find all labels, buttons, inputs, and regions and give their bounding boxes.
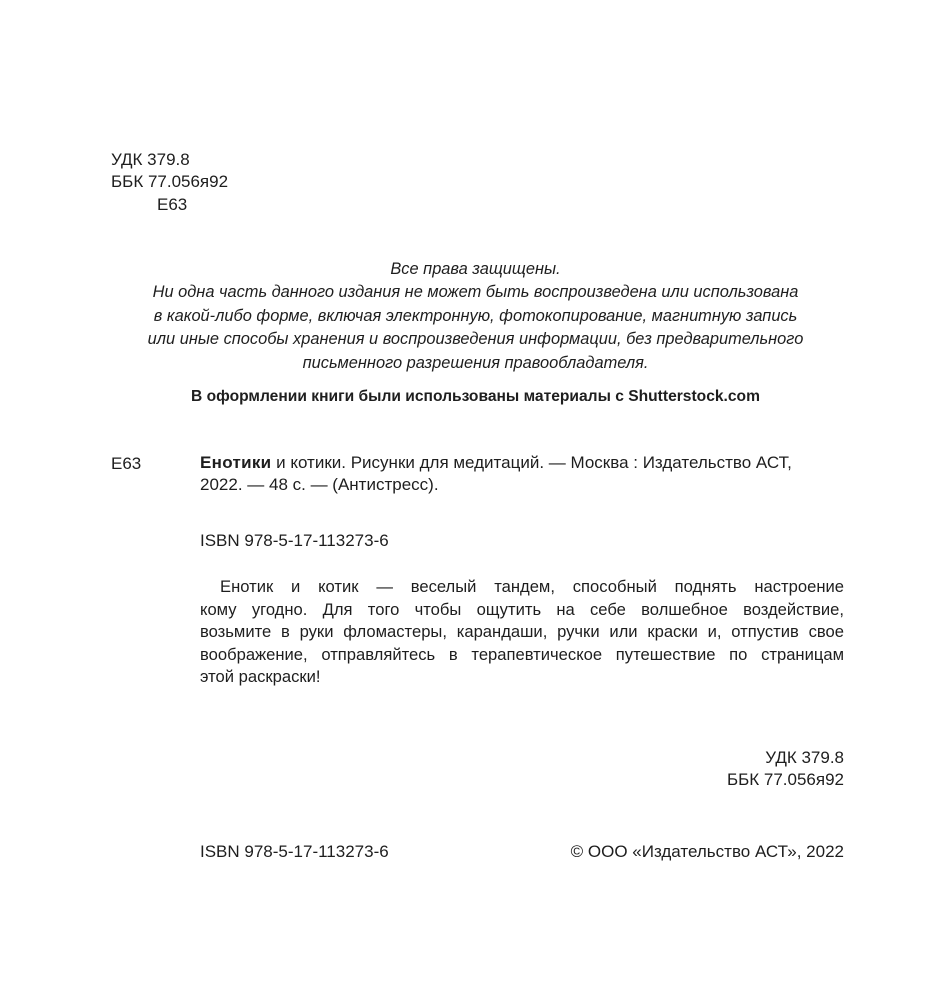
author-mark-record: Е63 [111, 454, 141, 474]
bbk-code-top: ББК 77.056я92 [111, 172, 228, 192]
rights-line: Все права защищены. [100, 258, 851, 281]
book-title-bold: Енотики [200, 453, 271, 472]
rights-line: в какой-либо форме, включая электронную,… [100, 305, 851, 328]
annotation-line: Енотик и котик — веселый тандем, способн… [200, 576, 844, 599]
isbn-footer: ISBN 978-5-17-113273-6 [200, 842, 389, 862]
rights-line: Ни одна часть данного издания не может б… [100, 281, 851, 304]
annotation-line: возьмите в руки фломастеры, карандаши, р… [200, 621, 844, 644]
bbk-code-bottom: ББК 77.056я92 [727, 770, 844, 790]
materials-note: В оформлении книги были использованы мат… [100, 388, 851, 406]
annotation: Енотик и котик — веселый тандем, способн… [200, 576, 844, 689]
rights-notice: Все права защищены. Ни одна часть данног… [100, 258, 851, 375]
copyright-notice: © ООО «Издательство АСТ», 2022 [571, 842, 844, 862]
udk-code-top: УДК 379.8 [111, 150, 190, 170]
rights-line: или иные способы хранения и воспроизведе… [100, 328, 851, 351]
isbn-main: ISBN 978-5-17-113273-6 [200, 531, 389, 551]
record-line-1: и котики. Рисунки для медитаций. — Москв… [271, 453, 791, 472]
annotation-line: этой раскраски! [200, 666, 844, 689]
annotation-line: кому угодно. Для того чтобы ощутить на с… [200, 599, 844, 622]
bibliographic-record: Енотики и котики. Рисунки для медитаций.… [200, 452, 850, 496]
record-line-2: 2022. — 48 с. — (Антистресс). [200, 474, 850, 496]
author-mark-top: Е63 [157, 195, 187, 215]
annotation-line: воображение, отправляйтесь в терапевтиче… [200, 644, 844, 667]
udk-code-bottom: УДК 379.8 [765, 748, 844, 768]
rights-line: письменного разрешения правообладателя. [100, 352, 851, 375]
